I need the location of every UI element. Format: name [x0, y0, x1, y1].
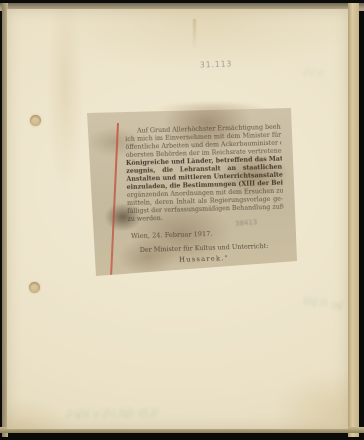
- ink-bleed-through: ʅʃɾʆ ʃɿ ʅɾʆ: [295, 295, 359, 362]
- stain: [193, 19, 196, 49]
- frame-edge-right: [348, 3, 359, 437]
- punch-hole-top: [30, 115, 41, 126]
- archive-number-pencil: 31.113: [200, 59, 233, 69]
- album-page: 31.113 Auf Grund Allerhöchster Ermächtig…: [7, 9, 348, 429]
- clipping-body-text: Auf Grund Allerhöchster Ermächtigung bee…: [125, 124, 284, 224]
- ink-bleed-through: ʆɿʃ ʅɾ: [301, 67, 357, 117]
- ink-bleed-through: ʃɾʅʆɿʃ ʅɾ ʆɿʅ ʃɾʆʅ ɿʃʅ ʆɾ: [67, 405, 347, 438]
- newspaper-clipping: Auf Grund Allerhöchster Ermächtigung bee…: [85, 107, 299, 277]
- clipping-pencil-note: 38413: [235, 218, 258, 228]
- punch-hole-bottom: [29, 282, 40, 293]
- clipping-date-line: Wien, 24. Februar 1917.: [131, 230, 213, 240]
- photographed-archive-page: 31.113 Auf Grund Allerhöchster Ermächtig…: [0, 0, 364, 440]
- clipping-signature: Hussarek.": [129, 253, 279, 266]
- red-margin-line: [110, 123, 119, 275]
